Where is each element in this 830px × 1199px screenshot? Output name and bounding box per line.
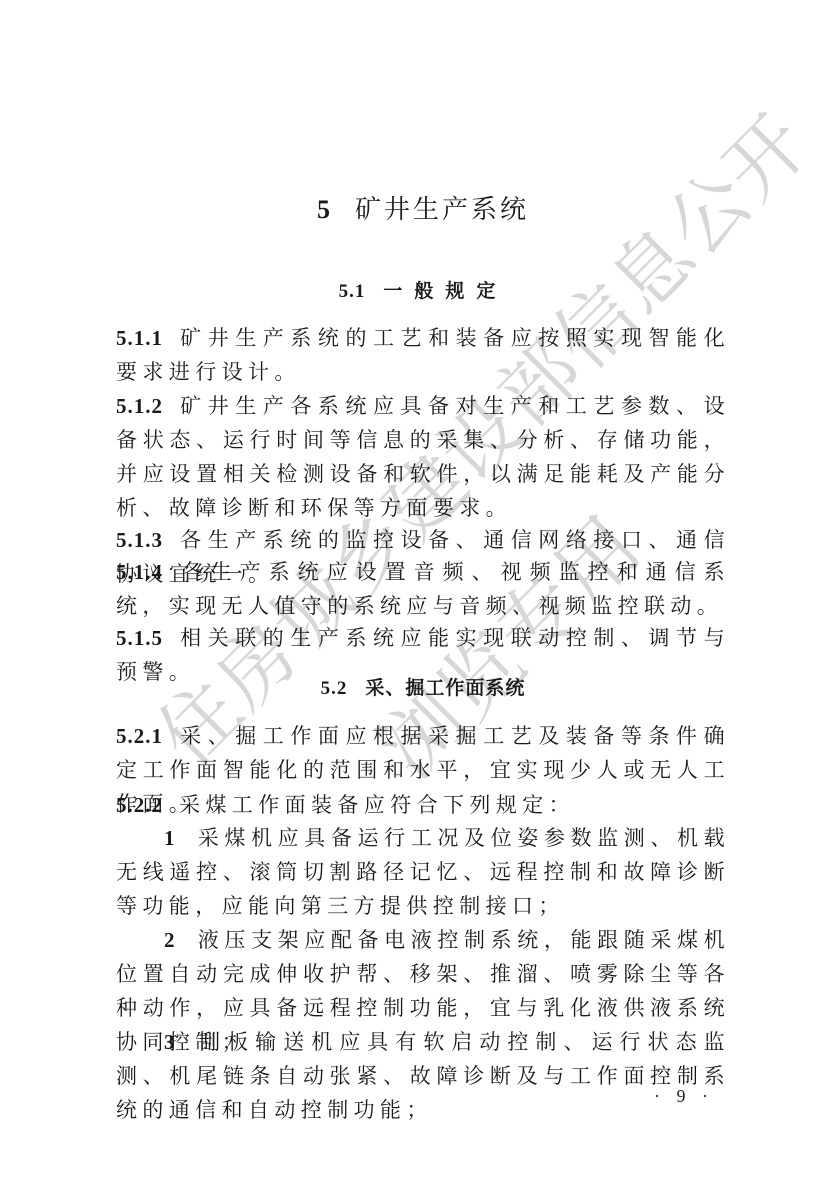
clause-number: 5.1.3 — [116, 528, 163, 552]
clause-number: 5.1.2 — [116, 394, 163, 418]
chapter-title: 5矿井生产系统 — [116, 190, 730, 230]
list-item-1: 1采煤机应具备运行工况及位姿参数监测、机载无线遥控、滚筒切割路径记忆、远程控制和… — [116, 821, 730, 923]
document-page: 住房城乡建设部信息公开 浏览专用 5矿井生产系统 5.1一般规定 5.1.1矿井… — [0, 0, 830, 1199]
item-text: 采煤机应具备运行工况及位姿参数监测、机载无线遥控、滚筒切割路径记忆、远程控制和故… — [116, 826, 730, 918]
clause-text: 矿井生产各系统应具备对生产和工艺参数、设备状态、运行时间等信息的采集、分析、存储… — [116, 394, 730, 520]
clause-text: 矿井生产系统的工艺和装备应按照实现智能化要求进行设计。 — [116, 326, 730, 384]
section-number: 5.2 — [321, 678, 348, 699]
section-title-text: 一般规定 — [383, 280, 507, 302]
section-title-text: 采、掘工作面系统 — [365, 677, 525, 699]
item-text: 刮板输送机应具有软启动控制、运行状态监测、机尾链条自动张紧、故障诊断及与工作面控… — [116, 1030, 730, 1122]
clause-text: 各生产系统应设置音频、视频监控和通信系统，实现无人值守的系统应与音频、视频监控联… — [116, 560, 730, 618]
item-number: 3 — [164, 1030, 176, 1054]
item-number: 2 — [164, 928, 176, 952]
clause-number: 5.2.2 — [116, 793, 163, 817]
clause-text: 采煤工作面装备应符合下列规定： — [179, 793, 575, 817]
section-title-5-2: 5.2采、掘工作面系统 — [116, 673, 730, 704]
clause-5-1-2: 5.1.2矿井生产各系统应具备对生产和工艺参数、设备状态、运行时间等信息的采集、… — [116, 389, 730, 525]
list-item-3: 3刮板输送机应具有软启动控制、运行状态监测、机尾链条自动张紧、故障诊断及与工作面… — [116, 1025, 730, 1127]
chapter-title-text: 矿井生产系统 — [355, 195, 529, 225]
clause-5-2-2: 5.2.2采煤工作面装备应符合下列规定： — [116, 788, 730, 822]
clause-number: 5.1.1 — [116, 326, 163, 350]
section-number: 5.1 — [339, 281, 366, 302]
clause-number: 5.1.4 — [116, 560, 163, 584]
section-title-5-1: 5.1一般规定 — [116, 276, 730, 307]
clause-number: 5.2.1 — [116, 724, 163, 748]
clause-number: 5.1.5 — [116, 626, 163, 650]
item-number: 1 — [164, 826, 176, 850]
clause-5-1-4: 5.1.4各生产系统应设置音频、视频监控和通信系统，实现无人值守的系统应与音频、… — [116, 555, 730, 623]
clause-5-1-1: 5.1.1矿井生产系统的工艺和装备应按照实现智能化要求进行设计。 — [116, 321, 730, 389]
page-number: · 9 · — [654, 1086, 714, 1107]
chapter-number: 5 — [317, 195, 333, 224]
